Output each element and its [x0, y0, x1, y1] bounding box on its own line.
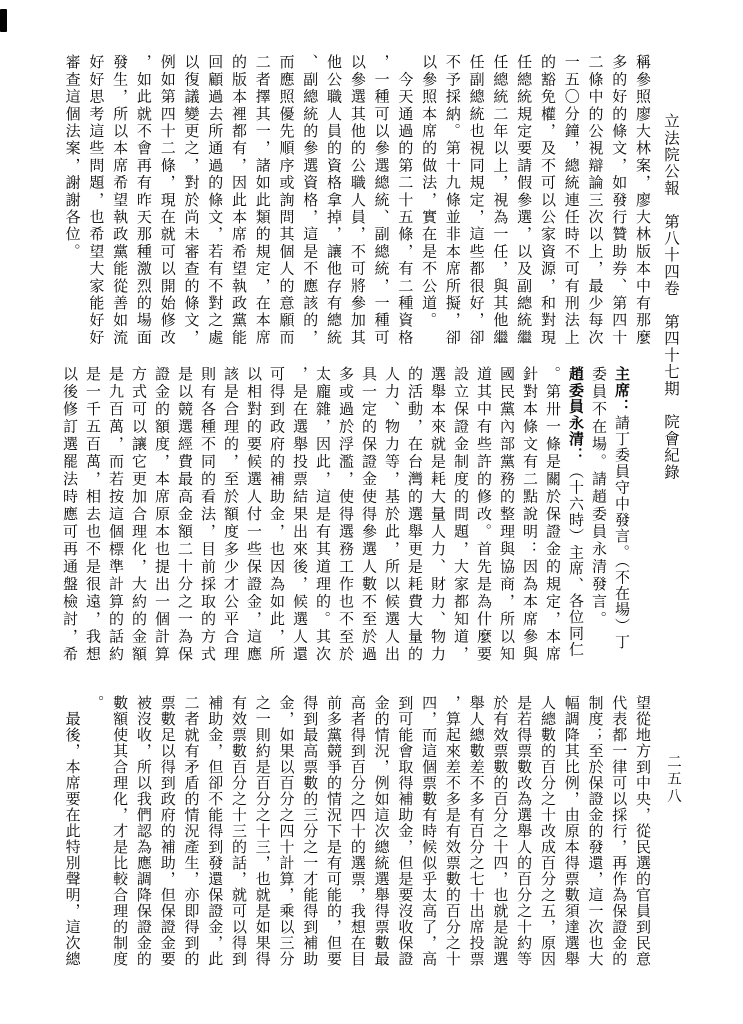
- text-column: 可得到政府的補助金，也因為如此，所: [264, 366, 287, 664]
- text-column: 數額使其合理化，才是比較合理的制度: [106, 695, 130, 967]
- text-column: 有效票數百分之十三的話，就可以得到: [225, 695, 249, 967]
- text-column: 舉人總數差不多有百分之七十出席投票: [463, 695, 487, 967]
- text-column: 前多黨競爭的情況下是有可能的，但要: [320, 695, 344, 967]
- text-column: 二者就有矛盾的情況產生，亦即得到的: [178, 695, 202, 967]
- text-column: 人力、物力等，基於此，所以候選人出: [379, 366, 402, 664]
- text-column: 人總數的百分之十改成百分之五，原因: [534, 695, 558, 967]
- text-column: 二者擇其一，諸如此類的規定，在本席: [249, 54, 273, 348]
- text-column: 一五〇分鐘，總統連任時不可有刑法上: [558, 54, 582, 348]
- text-column: 得到最高票數的三分之一才能得到補助: [297, 695, 321, 967]
- text-column: 針對本條文有二點說明：因為本席參與: [517, 366, 540, 664]
- text-column: 則有各種不同的看法，目前採取的方式: [195, 366, 218, 664]
- text-column: 代表都一律可以採行，再作為保證金的: [605, 695, 629, 967]
- page-number: 二五八: [663, 754, 683, 812]
- text-column: 證金的額度，本席原本也提出一個計算: [149, 366, 172, 664]
- text-column: 以相對的要候選人付一些保證金，這應: [241, 366, 264, 664]
- text-column: 不予採納。第十九條並非本席所擬，卻: [439, 54, 463, 348]
- text-column: 他公職人員的資格拿掉，讓他存有總統: [320, 54, 344, 348]
- text-column: 稱參照廖大林案，廖大林版本中有那麼: [629, 54, 653, 348]
- text-column: 道其中有些許的修改。首先是為什麼要: [471, 366, 494, 664]
- text-column: 多的好的條文，如發行贊助券、第四十: [605, 54, 629, 348]
- scan-artifact: [0, 9, 7, 32]
- text-column: 金的情況，例如這次總統選舉得票數最: [368, 695, 392, 967]
- text-column: 四，而這個票數有時候似乎太高了，高: [415, 695, 439, 967]
- text-column: 審查這個法案，謝謝各位。: [59, 54, 83, 348]
- text-column: 最後，本席要在此特別聲明，這次總: [59, 695, 83, 967]
- text-column: ，是在選舉投票結果出來後，候選人還: [287, 366, 310, 664]
- text-column: ，如此就不會再有昨天那種激烈的場面: [130, 54, 154, 348]
- text-column: 好好思考這些問題，也希望大家能好好: [83, 54, 107, 348]
- text-column: 的活動，在台灣的選舉更是耗費大量的: [402, 366, 425, 664]
- text-column: 是以競選經費最高金額二十分之一為保: [172, 366, 195, 664]
- text-column: 國民黨內部黨務的整理與協商，所以知: [494, 366, 517, 664]
- text-column: 任總統二年以上，視為一任，與其他繼: [487, 54, 511, 348]
- text-column: 方式可以讓它更加合理化，大約的金額: [126, 366, 149, 664]
- text-column: 委員不在場。請趙委員永清發言。: [586, 366, 609, 664]
- text-column: 太龐雜，因此，這是有其道理的。其次: [310, 366, 333, 664]
- text-column: 任副總統也視同規定，這些都很好，卻: [463, 54, 487, 348]
- text-column: 補助金，但卻不能得到發還保證金，此: [201, 695, 225, 967]
- text-column: 的豁免權，及不可以公家資源，和對現: [534, 54, 558, 348]
- text-band-top: 稱參照廖大林案，廖大林版本中有那麼多的好的條文，如發行贊助券、第四十二條中的公視…: [59, 54, 653, 348]
- text-column: 制度；至於保證金的發還，這一次也大: [582, 695, 606, 967]
- text-column: 之一則約是百分之十三，也就是如果得: [249, 695, 273, 967]
- text-column: 例如第四十二條，現在就可以開始修改: [154, 54, 178, 348]
- text-column: 以參照本席的做法，實在是不公道。: [415, 54, 439, 348]
- text-column: 、副總統的參選資格，這是不應該的，: [297, 54, 321, 348]
- text-column: ，一種可以參選總統、副總統，一種可: [368, 54, 392, 348]
- text-column: 任總統規定要請假參選，以及副總統繼: [510, 54, 534, 348]
- text-column: 以參選其他的公職人員，不可將參加其: [344, 54, 368, 348]
- text-column: 。第卅一條是關於保證金的規定，本席: [540, 366, 563, 664]
- text-column: 而應照優先順序或詢問其個人的意願而: [273, 54, 297, 348]
- text-column: 設立保證金制度的問題，大家都知道，: [448, 366, 471, 664]
- text-column: 是若得票數改為選舉人的百分之十約等: [510, 695, 534, 967]
- text-column: 以復議變更之，對於尚未審查的條文，: [178, 54, 202, 348]
- text-column: 的版本裡都有，因此本席希望執政黨能: [225, 54, 249, 348]
- text-column: 二條中的公視辯論三次以上，最少每次: [582, 54, 606, 348]
- text-column: 主席：請丁委員守中發言。（不在場）丁: [609, 366, 632, 664]
- text-column: 趙委員永清：（十六時）主席、各位同仁: [563, 366, 586, 664]
- text-column: 是一千五百萬，相去也不是很遠，我想: [80, 366, 103, 664]
- text-column: 是九百萬，而若按這個標準計算的話約: [103, 366, 126, 664]
- text-column: 金，如果以百分之四十計算，乘以三分: [273, 695, 297, 967]
- text-column: 。: [83, 695, 107, 967]
- text-column: 回顧過去所通過的條文，若有不對之處: [201, 54, 225, 348]
- text-column: 於有效票數的百分之十四，也就是說選: [487, 695, 511, 967]
- gazette-page: 立法院公報 第八十四卷 第四十七期 院會紀錄 二五八 稱參照廖大林案，廖大林版本…: [0, 0, 743, 1024]
- text-column: 高者得到百分之四十的選票，我想在目: [344, 695, 368, 967]
- text-column: 發生，所以本席希望執政黨能從善如流: [106, 54, 130, 348]
- text-column: 被沒收，所以我們認為應調降保證金的: [130, 695, 154, 967]
- text-column: 選舉本來就是耗大量人力、財力、物力: [425, 366, 448, 664]
- text-column: 望從地方到中央，從民選的官員到民意: [629, 695, 653, 967]
- text-band-bottom: 望從地方到中央，從民選的官員到民意代表都一律可以採行，再作為保證金的制度；至於保…: [59, 695, 653, 967]
- text-column: 該是合理的，至於額度多少才公平合理: [218, 366, 241, 664]
- text-column: 票數足以得到政府的補助，但保證金要: [154, 695, 178, 967]
- text-column: 到可能會取得補助金，但是要沒收保證: [392, 695, 416, 967]
- text-column: 以後修訂選罷法時應可再通盤檢討，希: [57, 366, 80, 664]
- journal-header: 立法院公報 第八十四卷 第四十七期 院會紀錄: [659, 113, 682, 485]
- text-column: 今天通過的第二十五條，有二種資格: [392, 54, 416, 348]
- text-column: 幅調降其比例，由原本得票數須達選舉: [558, 695, 582, 967]
- text-band-middle: 主席：請丁委員守中發言。（不在場）丁委員不在場。請趙委員永清發言。趙委員永清：（…: [57, 366, 632, 664]
- text-column: 具一定的保證金使得參選人數不至於過: [356, 366, 379, 664]
- text-column: ，算起來差不多是有效票數的百分之十: [439, 695, 463, 967]
- text-column: 多或過於浮濫，使得選務工作也不至於: [333, 366, 356, 664]
